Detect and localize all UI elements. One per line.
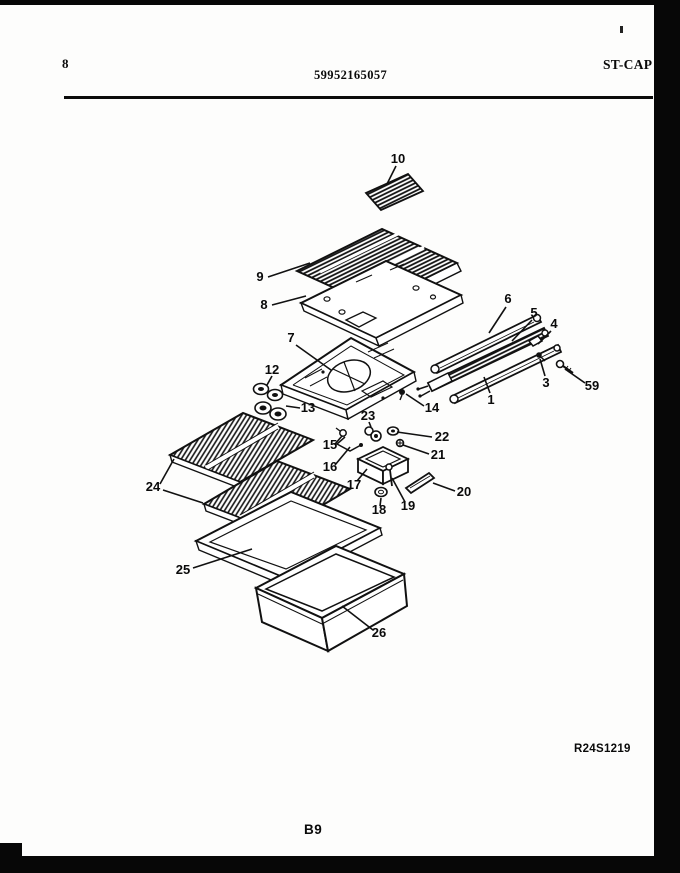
callout-3: 3 <box>542 375 549 390</box>
part-clip-15 <box>336 428 346 436</box>
callout-19: 19 <box>401 498 415 513</box>
callout-25: 25 <box>176 562 190 577</box>
callout-5: 5 <box>530 305 537 320</box>
callout-4: 4 <box>550 316 558 331</box>
callout-14: 14 <box>425 400 440 415</box>
part-roller-upper <box>254 384 283 401</box>
callout-18: 18 <box>372 502 386 517</box>
callout-17: 17 <box>347 477 361 492</box>
plate-code: B9 <box>304 822 322 837</box>
callout-9: 9 <box>256 269 263 284</box>
part-clip-23 <box>365 427 381 441</box>
part-grommet-22 <box>388 427 399 435</box>
callout-8: 8 <box>260 297 267 312</box>
callout-6: 6 <box>504 291 511 306</box>
callout-24: 24 <box>146 479 161 494</box>
part-vent-grille <box>366 174 423 210</box>
figure-reference: R24S1219 <box>574 743 631 755</box>
callout-10: 10 <box>391 151 405 166</box>
callout-22: 22 <box>435 429 449 444</box>
callout-20: 20 <box>457 484 471 499</box>
part-washer-18 <box>375 488 387 497</box>
callout-23: 23 <box>361 408 375 423</box>
callout-26: 26 <box>372 625 386 640</box>
callout-21: 21 <box>431 447 445 462</box>
part-screw-14 <box>399 389 405 400</box>
callout-13: 13 <box>301 400 315 415</box>
part-roller-lower <box>255 402 286 420</box>
part-bracket-17 <box>358 447 408 484</box>
callout-16: 16 <box>323 459 337 474</box>
callout-12: 12 <box>265 362 279 377</box>
part-pin-20 <box>406 473 434 493</box>
callout-1: 1 <box>487 392 494 407</box>
part-screw-21 <box>397 440 404 447</box>
manual-page: 8 59952165057 ST-CAP <box>0 0 680 873</box>
callout-59: 59 <box>585 378 599 393</box>
part-screw-59 <box>557 361 574 374</box>
callout-7: 7 <box>287 330 294 345</box>
callout-15: 15 <box>323 437 337 452</box>
part-wire-16 <box>337 437 363 451</box>
